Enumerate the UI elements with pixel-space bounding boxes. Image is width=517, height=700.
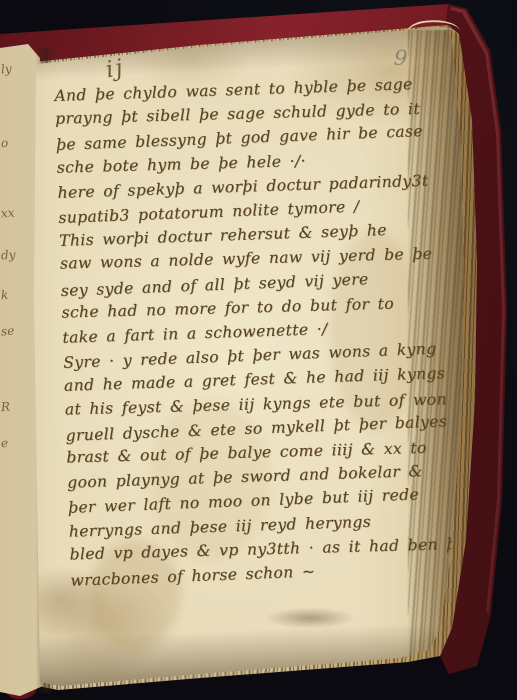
show-through-mark: k <box>1 288 9 302</box>
show-through-mark: se <box>1 324 15 339</box>
folio-number: 9 <box>393 46 408 71</box>
show-through-mark: o <box>1 136 9 150</box>
show-through-mark: R <box>1 400 11 415</box>
manuscript-page: 9 ij And þe chyldo was sent to hyble þe … <box>0 0 517 700</box>
show-through-mark: xx <box>1 206 15 221</box>
manuscript-text-block: And þe chyldo was sent to hyble þe sage … <box>54 70 483 592</box>
manuscript-photo: ly o xx dy k se R e 9 ij And þe chyldo w… <box>0 0 517 700</box>
show-through-mark: ly <box>1 62 13 77</box>
show-through-mark: e <box>1 436 9 450</box>
bottom-edge-soiling <box>29 623 451 694</box>
show-through-mark: dy <box>1 248 16 263</box>
